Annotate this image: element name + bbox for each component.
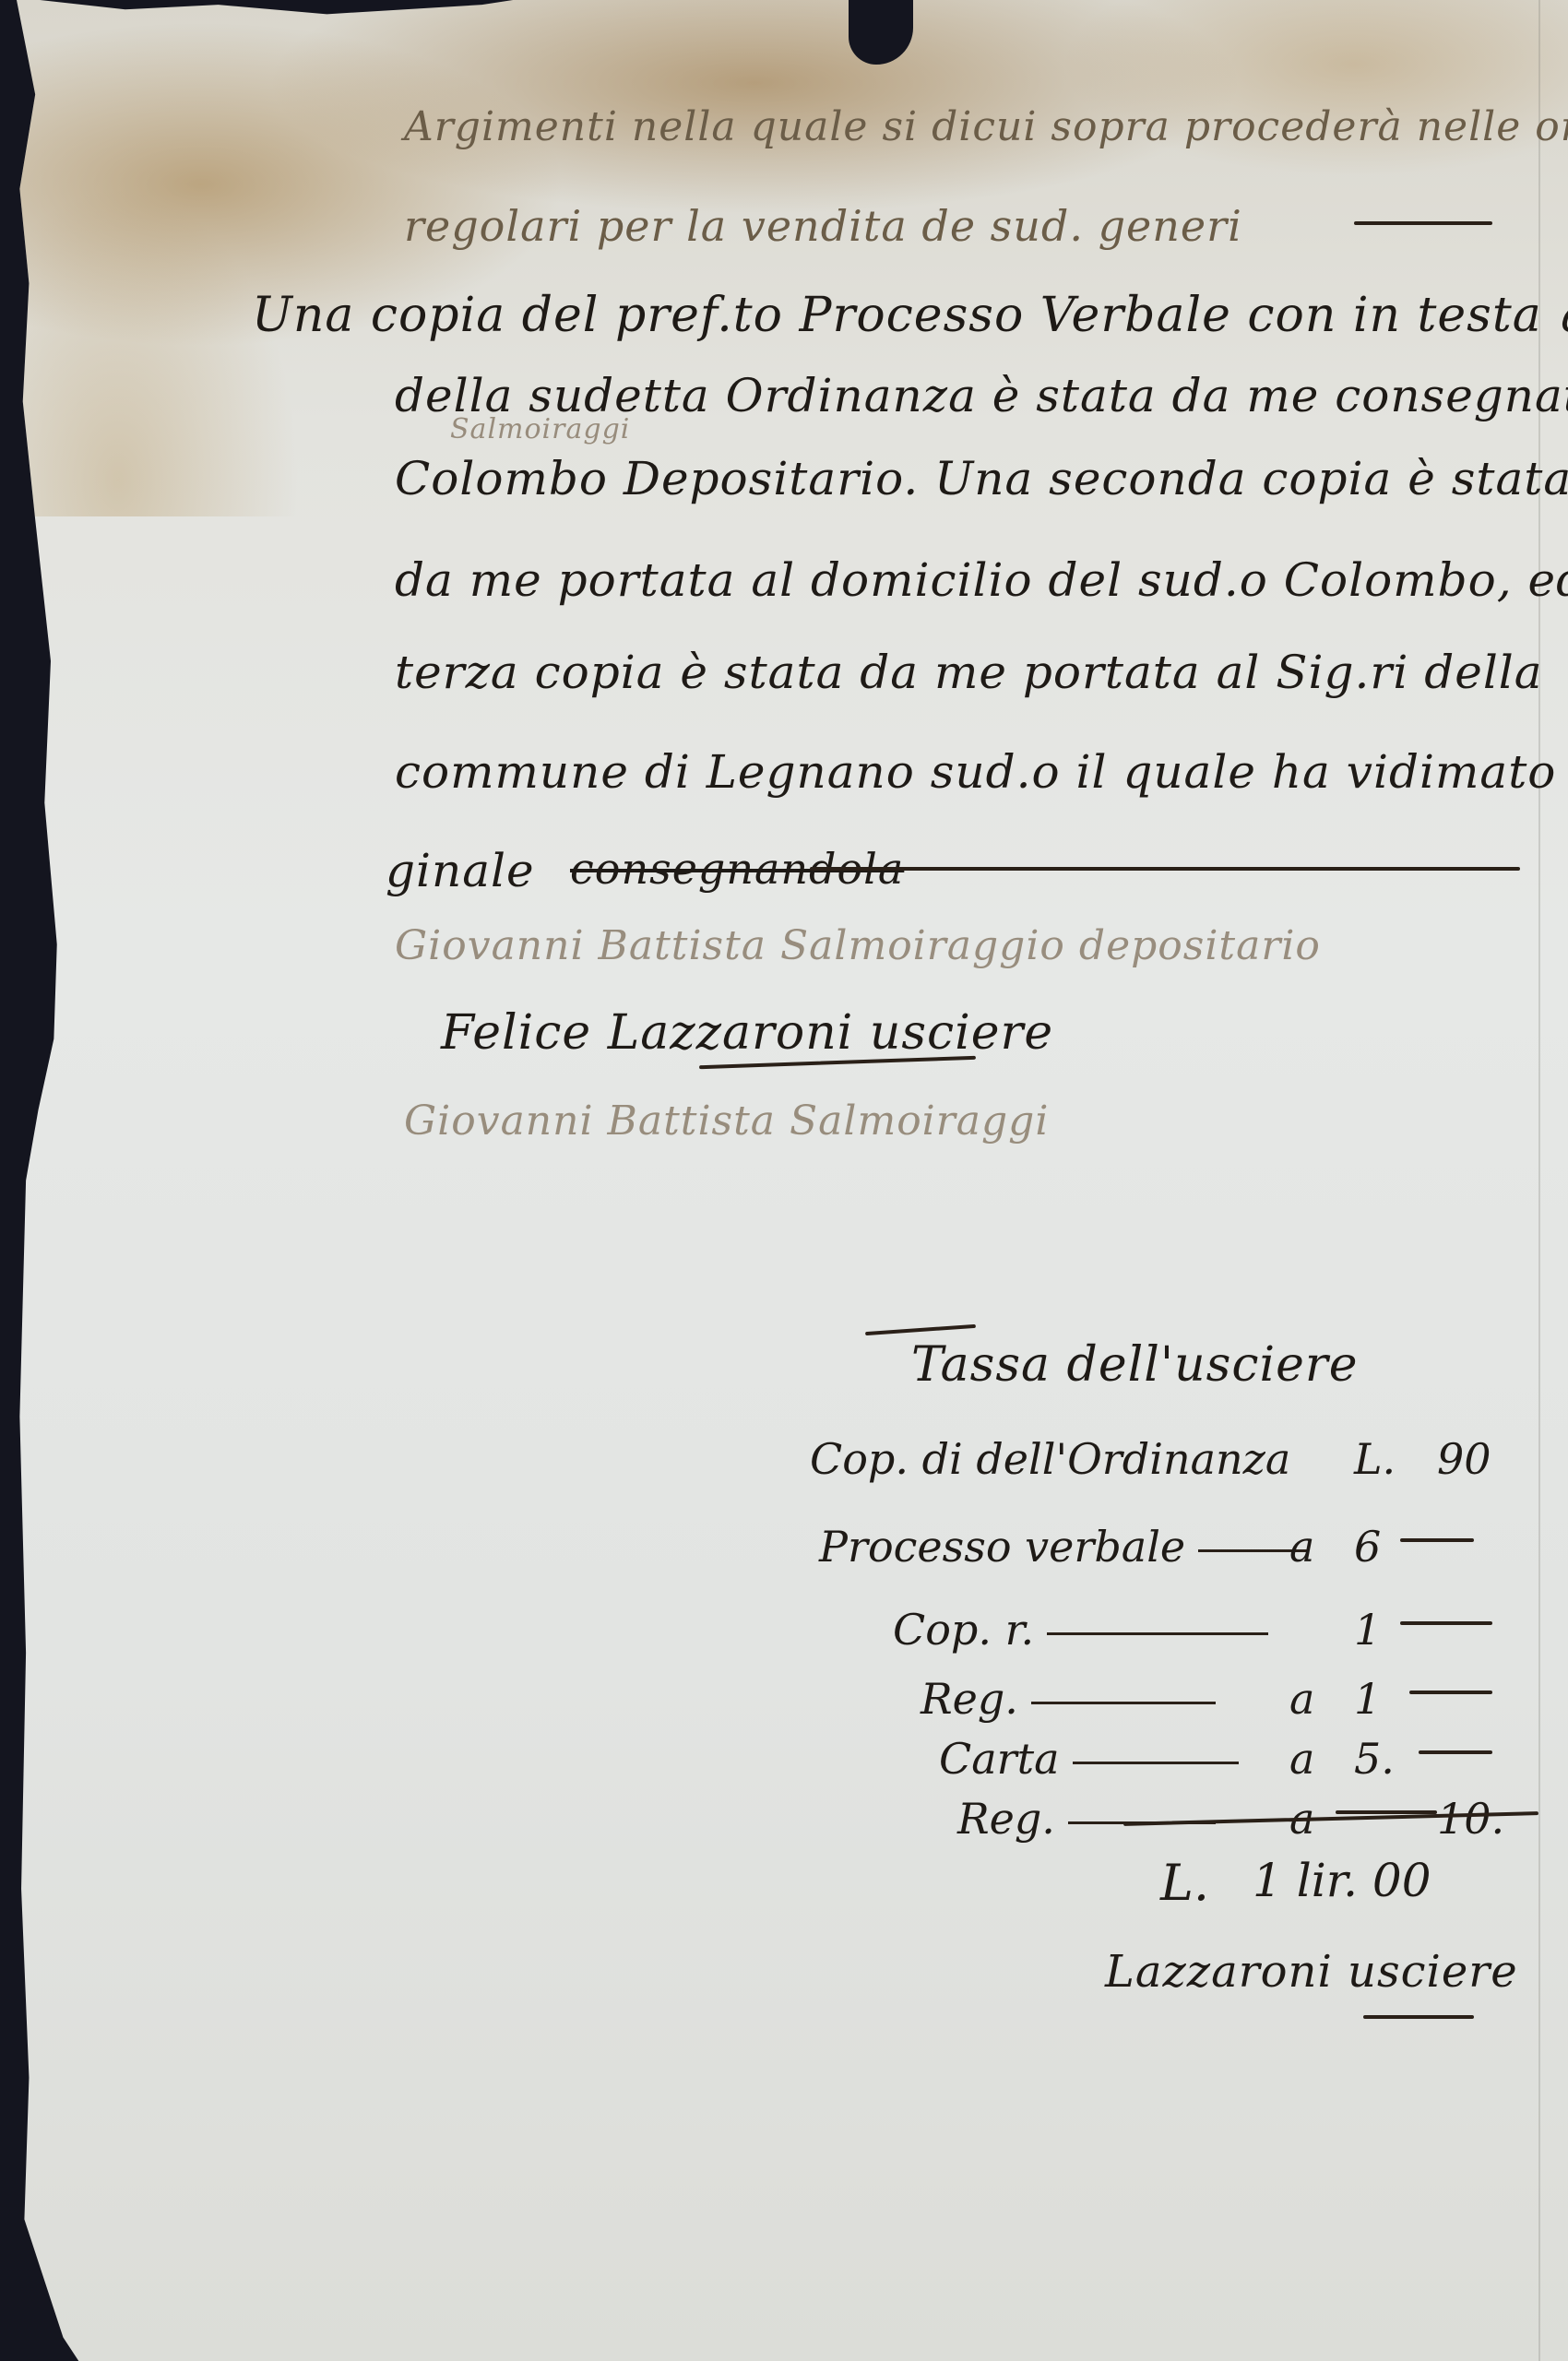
fee-amount-6: 10. (1437, 1794, 1504, 1844)
fee-sep-4: a (1289, 1674, 1314, 1724)
fee-label: Processo verbale (819, 1522, 1185, 1572)
fee-label: Carta (939, 1734, 1060, 1784)
cancel-stroke (810, 867, 1520, 871)
fee-label: Reg. (921, 1674, 1018, 1724)
fee-dash (1409, 1691, 1492, 1694)
fee-amount-4: 1 (1354, 1674, 1381, 1724)
text-line-7: terza copia è stata da me portata al Sig… (395, 646, 1543, 699)
fees-heading: Tassa dell'usciere (911, 1337, 1359, 1393)
manuscript-page: Argimenti nella quale si dicui sopra pro… (17, 0, 1568, 2361)
fee-sep-2: a (1289, 1522, 1314, 1572)
fee-row-4: Reg. (921, 1674, 1229, 1724)
heading-stroke (865, 1324, 976, 1335)
fee-row-2: Processo verbale (819, 1522, 1322, 1572)
fee-label: Reg. (957, 1794, 1055, 1844)
fee-amount-1: 90 (1437, 1434, 1491, 1484)
text-line-8: commune di Legnano sud.o il quale ha vid… (395, 745, 1568, 799)
fee-row-5: Carta (939, 1734, 1252, 1784)
fee-sep-1: L. (1354, 1434, 1396, 1484)
fee-row-1: Cop. di dell'Ordinanza (810, 1434, 1290, 1484)
text-line-2: regolari per la vendita de sud. generi (404, 201, 1242, 251)
fee-dash (1400, 1621, 1492, 1625)
text-line-1: Argimenti nella quale si dicui sopra pro… (404, 103, 1568, 150)
fee-dash (1400, 1538, 1474, 1542)
total-value: 1 lir. 00 (1253, 1854, 1431, 1907)
text-line-6: da me portata al domicilio del sud.o Col… (395, 553, 1568, 607)
fee-label: Cop. di dell'Ordinanza (810, 1434, 1290, 1484)
fee-row-6: Reg. (957, 1794, 1229, 1844)
fee-row-3: Cop. r. (893, 1605, 1281, 1655)
total-label: L. (1160, 1854, 1209, 1912)
fee-sep-5: a (1289, 1734, 1314, 1784)
closing-flourish (1363, 2015, 1474, 2019)
signature-usciere: Felice Lazzaroni usciere (441, 1005, 1053, 1061)
fee-amount-3: 1 (1354, 1605, 1381, 1655)
line-fill-stroke (1354, 221, 1492, 225)
text-line-3: Una copia del pref.to Processo Verbale c… (252, 288, 1568, 343)
fee-amount-2: 6 (1354, 1522, 1381, 1572)
fee-label: Cop. r. (893, 1605, 1034, 1655)
text-line-9: ginale (386, 844, 535, 897)
fee-amount-5: 5. (1354, 1734, 1395, 1784)
signature-depositario: Giovanni Battista Salmoiraggio depositar… (395, 922, 1321, 969)
text-line-5: Colombo Depositario. Una seconda copia è… (395, 452, 1568, 505)
page-edge (1538, 0, 1540, 2361)
closing-signature: Lazzaroni usciere (1105, 1946, 1518, 1998)
water-stain (17, 0, 1568, 516)
fee-dash (1419, 1750, 1492, 1754)
fee-dash (1336, 1810, 1437, 1814)
signature-faded: Giovanni Battista Salmoiraggi (404, 1097, 1049, 1145)
interlinear-note: Salmoiraggi (450, 413, 630, 445)
